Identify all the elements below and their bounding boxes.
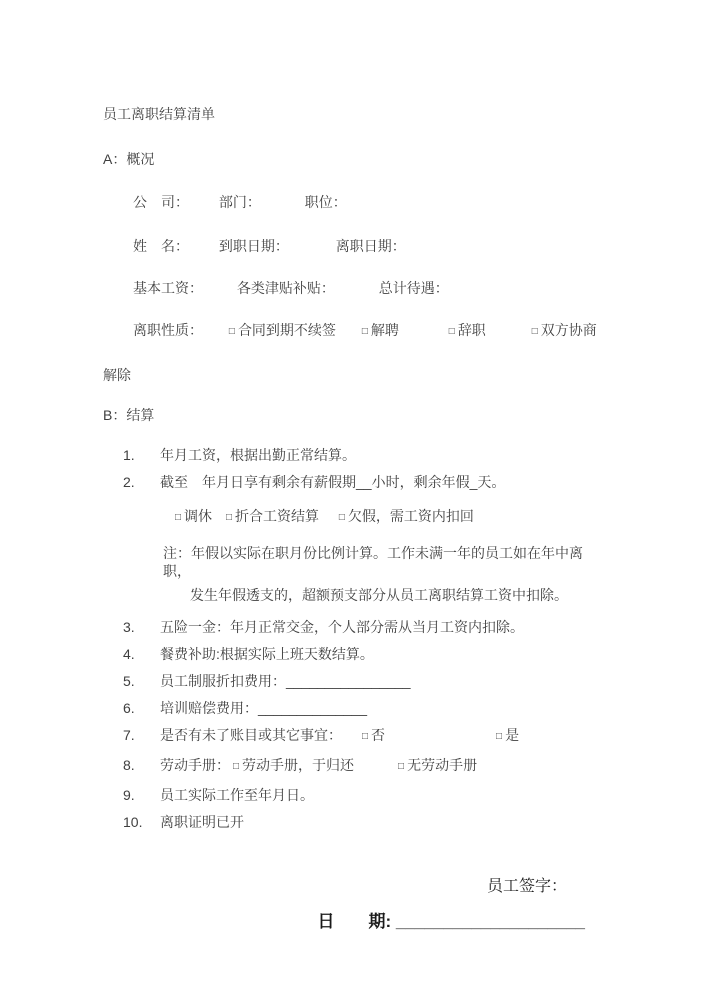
- option-compensatory-leave: □调休: [175, 508, 212, 524]
- nature-option-label: 双方协商: [541, 322, 597, 338]
- date-row: 日 期: ____________________: [103, 910, 585, 934]
- option-no-labor-handbook: □无劳动手册: [398, 757, 477, 773]
- checkbox-icon: □: [229, 326, 235, 337]
- item-text: 劳动手册：□劳动手册，于归还□无劳动手册: [160, 756, 477, 777]
- item-number: 9.: [103, 786, 160, 804]
- option-label: 欠假，需工资内扣回: [348, 508, 474, 524]
- item-text: 员工实际工作至年月日。: [160, 786, 314, 804]
- company-row: 公 司： 部门： 职位：: [133, 193, 606, 211]
- list-item-10: 10. 离职证明已开: [103, 813, 606, 831]
- nature-option-label: 解聘: [371, 322, 399, 338]
- checkbox-icon: □: [226, 512, 232, 523]
- list-item-2: 2. 截至 年月日享有剩余有薪假期__小时，剩余年假_天。: [103, 473, 606, 491]
- item-text: 员工制服折扣费用：________________: [160, 672, 411, 690]
- annual-leave-note-line2: 发生年假透支的，超额预支部分从员工离职结算工资中扣除。: [190, 586, 606, 604]
- option-label: 劳动手册，于归还: [242, 757, 354, 773]
- nature-wrap-text: 解除: [103, 366, 606, 384]
- option-owed-leave-deduct: □欠假，需工资内扣回: [339, 508, 474, 524]
- option-convert-to-salary: □折合工资结算: [226, 508, 319, 524]
- base-salary-label: 基本工资：: [133, 280, 203, 296]
- option-no: □否: [362, 727, 385, 743]
- section-b-heading: B：结算: [103, 406, 606, 424]
- nature-option-label: 合同到期不续签: [238, 322, 336, 338]
- nature-option-contract-expire: □合同到期不续签: [229, 322, 336, 338]
- list-item-5: 5. 员工制服折扣费用：________________: [103, 672, 606, 690]
- total-compensation-label: 总计待遇：: [379, 280, 449, 296]
- item-number: 5.: [103, 672, 160, 690]
- checkbox-icon: □: [532, 326, 538, 337]
- nature-option-mutual-agreement: □双方协商: [532, 322, 597, 338]
- checkbox-icon: □: [449, 326, 455, 337]
- item-text: 五险一金：年月正常交金，个人部分需从当月工资内扣除。: [160, 618, 524, 636]
- item-text: 餐费补助:根据实际上班天数结算。: [160, 645, 374, 663]
- item-number: 10.: [103, 813, 160, 831]
- document-page: 员工离职结算清单 A：概况 公 司： 部门： 职位： 姓 名： 到职日期： 离职…: [0, 0, 706, 999]
- item-number: 4.: [103, 645, 160, 663]
- item-text: 是否有未了账目或其它事宜：□否□是: [160, 726, 519, 747]
- departure-nature-label: 离职性质：: [133, 322, 203, 338]
- nature-option-dismissal: □解聘: [362, 322, 399, 338]
- list-item-8: 8. 劳动手册：□劳动手册，于归还□无劳动手册: [103, 756, 606, 777]
- list-item-7: 7. 是否有未了账目或其它事宜：□否□是: [103, 726, 606, 747]
- list-item-1: 1. 年月工资，根据出勤正常结算。: [103, 446, 606, 464]
- item-number: 3.: [103, 618, 160, 636]
- section-a-heading: A：概况: [103, 150, 606, 168]
- item-text: 培训赔偿费用：______________: [160, 699, 367, 717]
- list-item-9: 9. 员工实际工作至年月日。: [103, 786, 606, 804]
- item-number: 7.: [103, 726, 160, 747]
- item-text: 离职证明已开: [160, 813, 244, 831]
- salary-row: 基本工资： 各类津贴补贴： 总计待遇：: [133, 279, 606, 297]
- option-label: 是: [505, 727, 519, 743]
- date-label: 日 期:: [318, 912, 392, 931]
- checkbox-icon: □: [233, 761, 239, 772]
- document-content: 员工离职结算清单 A：概况 公 司： 部门： 职位： 姓 名： 到职日期： 离职…: [0, 0, 706, 934]
- checkbox-icon: □: [362, 731, 368, 742]
- fill-in-blank: ________________: [286, 673, 411, 689]
- item-text: 截至 年月日享有剩余有薪假期__小时，剩余年假_天。: [160, 473, 505, 491]
- checkbox-icon: □: [496, 731, 502, 742]
- option-label: 折合工资结算: [235, 508, 319, 524]
- company-label: 公 司：: [133, 194, 189, 210]
- option-has-labor-handbook: □劳动手册，于归还: [233, 757, 354, 773]
- end-date-label: 离职日期：: [336, 238, 406, 254]
- leave-settlement-options: □调休 □折合工资结算 □欠假，需工资内扣回: [175, 507, 606, 528]
- position-label: 职位：: [305, 194, 347, 210]
- annual-leave-note-line1: 注：年假以实际在职月份比例计算。工作未满一年的员工如在年中离职，: [163, 544, 606, 580]
- fill-in-blank: ______________: [258, 700, 367, 716]
- option-label: 无劳动手册: [407, 757, 477, 773]
- name-row: 姓 名： 到职日期： 离职日期：: [133, 237, 606, 255]
- department-label: 部门：: [219, 194, 261, 210]
- employee-signature-label: 员工签字：: [103, 877, 567, 897]
- item-label: 培训赔偿费用：: [160, 700, 258, 716]
- name-label: 姓 名：: [133, 238, 189, 254]
- item-number: 8.: [103, 756, 160, 777]
- checkbox-icon: □: [175, 512, 181, 523]
- item-number: 2.: [103, 473, 160, 491]
- list-item-4: 4. 餐费补助:根据实际上班天数结算。: [103, 645, 606, 663]
- checkbox-icon: □: [339, 512, 345, 523]
- option-yes: □是: [496, 727, 519, 743]
- checkbox-icon: □: [362, 326, 368, 337]
- checkbox-icon: □: [398, 761, 404, 772]
- list-item-3: 3. 五险一金：年月正常交金，个人部分需从当月工资内扣除。: [103, 618, 606, 636]
- document-title: 员工离职结算清单: [103, 105, 606, 123]
- nature-option-resignation: □辞职: [449, 322, 486, 338]
- date-fill-in-blank: ____________________: [396, 912, 585, 931]
- option-label: 否: [371, 727, 385, 743]
- option-label: 调休: [184, 508, 212, 524]
- item-label: 劳动手册：: [160, 757, 230, 773]
- departure-nature-row: 离职性质： □合同到期不续签 □解聘 □辞职 □双方协商: [133, 321, 606, 342]
- allowances-label: 各类津贴补贴：: [237, 280, 335, 296]
- item-number: 6.: [103, 699, 160, 717]
- item-text: 年月工资，根据出勤正常结算。: [160, 446, 356, 464]
- item-number: 1.: [103, 446, 160, 464]
- item-label: 员工制服折扣费用：: [160, 673, 286, 689]
- nature-option-label: 辞职: [458, 322, 486, 338]
- start-date-label: 到职日期：: [219, 238, 289, 254]
- item-label: 是否有未了账目或其它事宜：: [160, 727, 342, 743]
- list-item-6: 6. 培训赔偿费用：______________: [103, 699, 606, 717]
